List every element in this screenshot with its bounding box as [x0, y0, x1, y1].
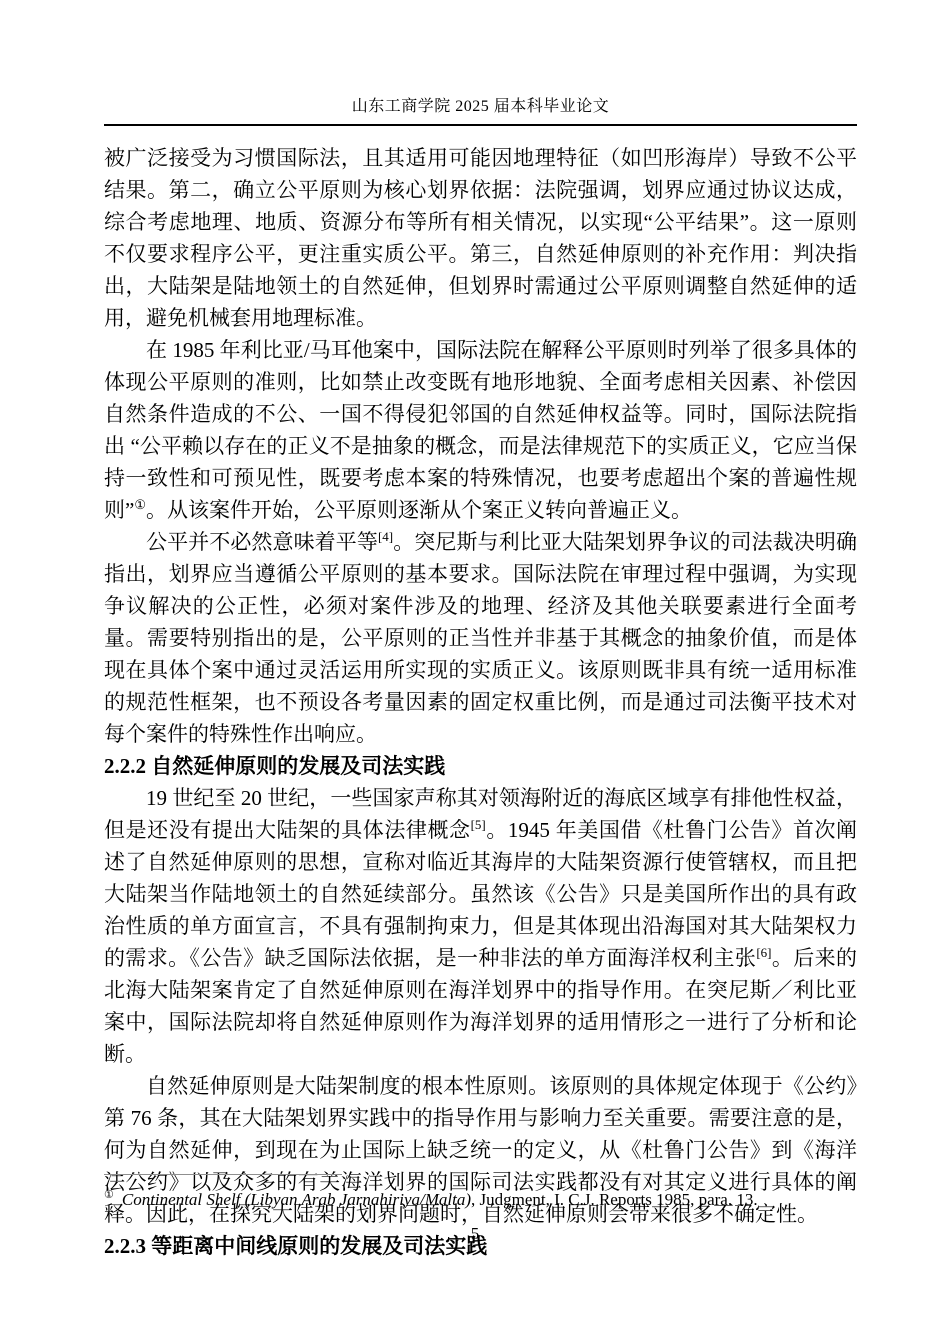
- section-heading-2-2-2: 2.2.2 自然延伸原则的发展及司法实践: [104, 750, 857, 782]
- footnote-case-name: Continental Shelf (Libyan Arab Jarnahiri…: [122, 1190, 471, 1209]
- footnote: ①Continental Shelf (Libyan Arab Jarnahir…: [104, 1188, 857, 1212]
- document-page: 山东工商学院 2025 届本科毕业论文 被广泛接受为习惯国际法，且其适用可能因地…: [0, 0, 950, 1344]
- citation-ref-4: [4]: [378, 529, 393, 544]
- paragraph-text: 在 1985 年利比亚/马耳他案中，国际法院在解释公平原则时列举了很多具体的体现…: [104, 338, 857, 522]
- paragraph-libya-malta-case: 在 1985 年利比亚/马耳他案中，国际法院在解释公平原则时列举了很多具体的体现…: [104, 334, 857, 526]
- paragraph-text: 被广泛接受为习惯国际法，且其适用可能因地理特征（如凹形海岸）导致不公平结果。第二…: [104, 146, 857, 330]
- footnote-separator: [104, 1174, 342, 1175]
- paragraph-fairness-not-equality: 公平并不必然意味着平等[4]。突尼斯与利比亚大陆架划界争议的司法裁决明确指出，划…: [104, 526, 857, 750]
- footnote-marker: ①: [104, 1189, 114, 1201]
- citation-ref-5: [5]: [471, 817, 486, 832]
- paragraph-natural-prolongation-history: 19 世纪至 20 世纪，一些国家声称其对领海附近的海底区域享有排他性权益，但是…: [104, 782, 857, 1070]
- header-rule: [104, 124, 857, 126]
- footnote-citation-rest: , Judgment, I. C.J. Reports 1985, para. …: [471, 1190, 758, 1209]
- paragraph-text: 。突尼斯与利比亚大陆架划界争议的司法裁决明确指出，划界应当遵循公平原则的基本要求…: [104, 530, 857, 746]
- page-body: 被广泛接受为习惯国际法，且其适用可能因地理特征（如凹形海岸）导致不公平结果。第二…: [104, 142, 857, 1262]
- paragraph-text: 。从该案件开始，公平原则逐渐从个案正义转向普遍正义。: [146, 498, 692, 522]
- citation-ref-6: [6]: [756, 945, 771, 960]
- running-header: 山东工商学院 2025 届本科毕业论文: [104, 93, 857, 116]
- paragraph-equity-principle-continuation: 被广泛接受为习惯国际法，且其适用可能因地理特征（如凹形海岸）导致不公平结果。第二…: [104, 142, 857, 334]
- paragraph-text: 公平并不必然意味着平等: [146, 530, 378, 554]
- footnote-ref-1: ①: [134, 497, 146, 512]
- page-number: 5: [0, 1224, 950, 1244]
